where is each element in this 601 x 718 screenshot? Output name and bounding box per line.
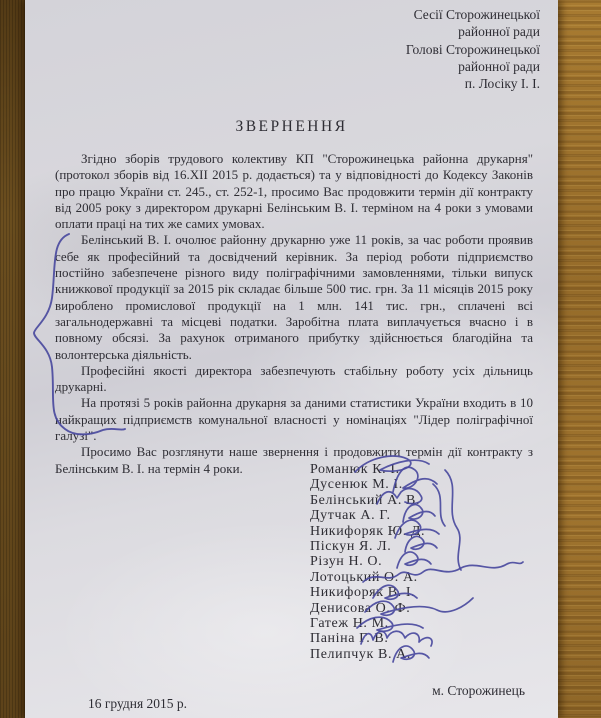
signatory-name: Романюк К. І.	[310, 462, 425, 477]
document-body: Згідно зборів трудового колективу КП "Ст…	[55, 151, 533, 477]
table-wood-right	[558, 0, 601, 718]
document-title: ЗВЕРНЕННЯ	[25, 118, 558, 136]
signature-scribble	[445, 470, 461, 570]
recipient-line: Голові Сторожинецької	[406, 41, 540, 58]
signatory-name: Белінський А. В.	[310, 493, 425, 508]
document-date: 16 грудня 2015 р.	[88, 696, 187, 712]
signatory-name: Никифоряк Ю. Д.	[310, 524, 425, 539]
signatory-name: Денисова О. Ф.	[310, 601, 425, 616]
signatory-name: Паніна Г. В.	[310, 631, 425, 646]
signatories-list: Романюк К. І. Дусенюк М. І. Белінський А…	[310, 462, 425, 662]
paragraph-statistics: На протязі 5 років районна друкарня за д…	[55, 395, 533, 444]
signatory-name: Пелипчук В. А.	[310, 647, 425, 662]
signature-scribble	[433, 484, 445, 526]
recipient-line: районної ради	[406, 23, 540, 40]
recipient-line: п. Лосіку І. І.	[406, 75, 540, 92]
signatory-name: Никифоряк В. І.	[310, 585, 425, 600]
document-page: Сесії Сторожинецької районної ради Голов…	[25, 0, 558, 718]
table-wood-left	[0, 0, 27, 718]
signatory-name: Піскун Я. Л.	[310, 539, 425, 554]
paragraph-qualities: Професійні якості директора забезпечують…	[55, 363, 533, 396]
signatory-name: Лотоцький О. А.	[310, 570, 425, 585]
paragraph-appeal: Згідно зборів трудового колективу КП "Ст…	[55, 151, 533, 232]
recipient-line: Сесії Сторожинецької	[406, 6, 540, 23]
paragraph-director-record: Белінський В. І. очолює районну друкарню…	[55, 232, 533, 362]
recipient-block: Сесії Сторожинецької районної ради Голов…	[406, 6, 540, 92]
signatory-name: Дутчак А. Г.	[310, 508, 425, 523]
recipient-line: районної ради	[406, 58, 540, 75]
photo-background: Сесії Сторожинецької районної ради Голов…	[0, 0, 601, 718]
signatory-name: Гатеж Н. М.	[310, 616, 425, 631]
paragraph-request: Просимо Вас розглянути наше звернення і …	[55, 444, 533, 477]
signatory-name: Різун Н. О.	[310, 554, 425, 569]
signatory-name: Дусенюк М. І.	[310, 477, 425, 492]
document-place: м. Сторожинець	[432, 683, 525, 699]
